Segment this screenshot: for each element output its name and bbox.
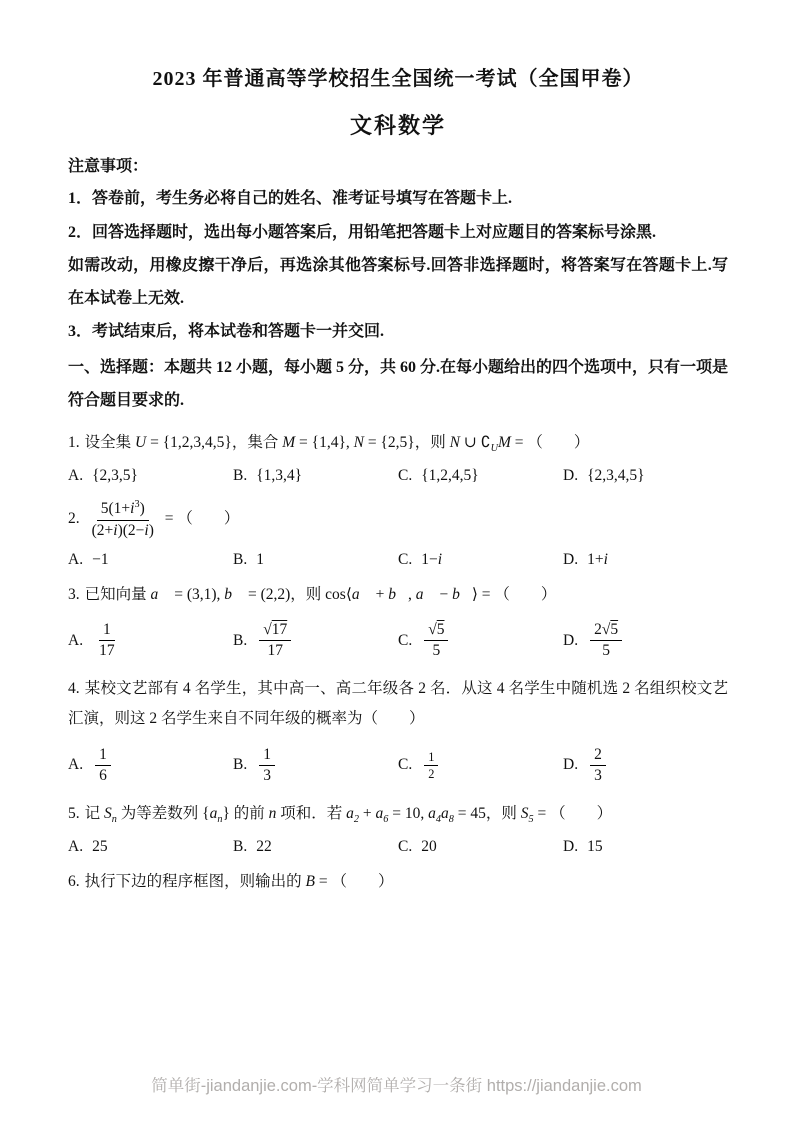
question-stem: 3.已知向量 a⃗ = (3,1), b⃗ = (2,2)，则 cos⟨a⃗ +… — [68, 580, 728, 610]
fraction-denominator: 17 — [95, 641, 119, 661]
notice-item-2-continued: 如需改动，用橡皮擦干净后，再选涂其他答案标号.回答非选择题时，将答案写在答题卡上… — [68, 249, 728, 316]
notice-item-1: 1．答卷前，考生务必将自己的姓名、准考证号填写在答题卡上. — [68, 182, 728, 215]
option-value: 25 — [92, 838, 108, 856]
math-subscript: n — [217, 814, 222, 825]
math-fraction: 23 — [590, 745, 606, 786]
math-subscript: 6 — [383, 814, 388, 825]
option-label: D. — [563, 467, 578, 485]
radicand: 5 — [610, 621, 618, 638]
math-variable: i — [604, 551, 608, 568]
option-value: 22 — [256, 838, 272, 856]
options-row: A.−1B.1C.1−iD.1+i — [68, 551, 728, 569]
option-A: A.16 — [68, 743, 233, 788]
fraction-denominator: 17 — [263, 641, 287, 661]
option-B: B.1 — [233, 551, 398, 569]
option-label: B. — [233, 551, 247, 569]
radicand: 5 — [437, 621, 445, 638]
section-heading: 一、选择题：本题共 12 小题，每小题 5 分，共 60 分.在每小题给出的四个… — [68, 351, 728, 418]
fraction-numerator: 2 — [590, 745, 606, 766]
option-label: B. — [233, 467, 247, 485]
option-A: A.−1 — [68, 551, 233, 569]
math-fraction: 12 — [424, 749, 438, 782]
question-5: 5.记 Sn 为等差数列 {an} 的前 n 项和．若 a2 + a6 = 10… — [68, 799, 728, 856]
options-row: A.16B.13C.12D.23 — [68, 743, 728, 788]
option-value: {1,2,4,5} — [421, 467, 479, 485]
question-number: 5. — [68, 805, 80, 822]
option-value: 23 — [587, 743, 609, 788]
option-value: 13 — [256, 743, 278, 788]
math-vector: a⃗ — [416, 586, 436, 603]
option-value: 2√55 — [587, 618, 625, 663]
fraction-denominator: (2+i)(2−i) — [88, 521, 158, 541]
math-fraction: 117 — [95, 620, 119, 661]
notice-item-2: 2．回答选择题时，选出每小题答案后，用铅笔把答题卡上对应题目的答案标号涂黑. — [68, 216, 728, 249]
math-variable: a — [441, 805, 449, 822]
math-radical: √5 — [428, 621, 444, 638]
options-row: A.{2,3,5}B.{1,3,4}C.{1,2,4,5}D.{2,3,4,5} — [68, 467, 728, 485]
option-value: 20 — [421, 838, 437, 856]
option-value: 117 — [92, 618, 122, 663]
math-fraction: 16 — [95, 745, 111, 786]
fraction-numerator: 5(1+i3) — [97, 498, 149, 520]
question-stem: 1.设全集 U = {1,2,3,4,5}，集合 M = {1,4}, N = … — [68, 428, 728, 459]
math-variable: S — [104, 805, 112, 822]
question-stem: 5.记 Sn 为等差数列 {an} 的前 n 项和．若 a2 + a6 = 10… — [68, 799, 728, 830]
math-variable: M — [498, 434, 511, 451]
option-A: A.25 — [68, 838, 233, 856]
notice-section: 注意事项： 1．答卷前，考生务必将自己的姓名、准考证号填写在答题卡上. 2．回答… — [68, 152, 728, 349]
option-A: A.117 — [68, 618, 233, 663]
math-fraction: √55 — [424, 620, 448, 661]
math-vector: a⃗ — [352, 586, 372, 603]
questions: 1.设全集 U = {1,2,3,4,5}，集合 M = {1,4}, N = … — [68, 428, 728, 897]
radicand: 17 — [272, 621, 288, 638]
math-fraction: 13 — [259, 745, 275, 786]
option-D: D.23 — [563, 743, 728, 788]
math-subscript: 2 — [354, 814, 359, 825]
fraction-numerator: 1 — [95, 745, 111, 766]
option-value: {1,3,4} — [256, 467, 302, 485]
math-variable: i — [113, 522, 117, 539]
option-C: C.20 — [398, 838, 563, 856]
option-label: D. — [563, 756, 578, 774]
math-variable: N — [450, 434, 460, 451]
exam-page: 2023 年普通高等学校招生全国统一考试（全国甲卷） 文科数学 注意事项： 1．… — [0, 0, 793, 1122]
math-variable: n — [269, 805, 277, 822]
options-row: A.117B.√1717C.√55D.2√55 — [68, 618, 728, 663]
option-D: D.{2,3,4,5} — [563, 467, 728, 485]
option-value: 1+i — [587, 551, 608, 569]
option-C: C.√55 — [398, 618, 563, 663]
option-B: B.√1717 — [233, 618, 398, 663]
question-number: 3. — [68, 586, 80, 603]
math-variable: N — [354, 434, 364, 451]
math-variable: a — [346, 805, 354, 822]
option-value: 15 — [587, 838, 603, 856]
option-B: B.{1,3,4} — [233, 467, 398, 485]
option-label: B. — [233, 838, 247, 856]
option-label: B. — [233, 756, 247, 774]
fraction-denominator: 5 — [598, 641, 614, 661]
fraction-denominator: 2 — [424, 766, 438, 782]
math-radical: √5 — [602, 621, 618, 638]
math-vector: b⃗ — [224, 586, 244, 603]
option-C: C.1−i — [398, 551, 563, 569]
option-D: D.15 — [563, 838, 728, 856]
math-fraction: 2√55 — [590, 620, 622, 661]
question-number: 4. — [68, 680, 80, 697]
radical-sign: √ — [428, 621, 437, 638]
option-label: A. — [68, 632, 83, 650]
option-C: C.12 — [398, 747, 563, 784]
footer-text: 简单街-jiandanjie.com-学科网简单学习一条街 https://ji… — [151, 1077, 642, 1095]
math-radical: √17 — [263, 621, 287, 638]
question-number: 1. — [68, 434, 80, 451]
option-label: B. — [233, 632, 247, 650]
question-number: 2. — [68, 510, 80, 527]
math-subscript: 5 — [528, 814, 533, 825]
option-value: 1−i — [421, 551, 442, 569]
option-B: B.22 — [233, 838, 398, 856]
exam-title: 2023 年普通高等学校招生全国统一考试（全国甲卷） — [68, 62, 728, 91]
fraction-denominator: 3 — [590, 766, 606, 786]
option-B: B.13 — [233, 743, 398, 788]
math-vector: b⃗ — [388, 586, 408, 603]
radical-sign: √ — [263, 621, 272, 638]
option-value: −1 — [92, 551, 109, 569]
option-label: C. — [398, 467, 412, 485]
math-vector: a⃗ — [151, 586, 171, 603]
math-superscript: 3 — [134, 499, 139, 510]
option-label: C. — [398, 838, 412, 856]
math-variable: i — [144, 522, 148, 539]
fraction-numerator: 1 — [424, 749, 438, 766]
fraction-numerator: √17 — [259, 620, 291, 641]
option-value: 1 — [256, 551, 264, 569]
option-label: D. — [563, 551, 578, 569]
fraction-denominator: 3 — [259, 766, 275, 786]
option-value: √1717 — [256, 618, 294, 663]
option-D: D.1+i — [563, 551, 728, 569]
option-A: A.{2,3,5} — [68, 467, 233, 485]
question-1: 1.设全集 U = {1,2,3,4,5}，集合 M = {1,4}, N = … — [68, 428, 728, 485]
question-4: 4.某校文艺部有 4 名学生，其中高一、高二年级各 2 名．从这 4 名学生中随… — [68, 674, 728, 788]
option-label: A. — [68, 467, 83, 485]
option-value: {2,3,5} — [92, 467, 138, 485]
fraction-numerator: 1 — [99, 620, 115, 641]
question-stem: 2.5(1+i3)(2+i)(2−i) = （ ） — [68, 496, 728, 542]
question-stem: 6.执行下边的程序框图，则输出的 B = （ ） — [68, 867, 728, 897]
page-content: 2023 年普通高等学校招生全国统一考试（全国甲卷） 文科数学 注意事项： 1．… — [68, 62, 728, 900]
option-label: C. — [398, 756, 412, 774]
exam-subject: 文科数学 — [68, 109, 728, 140]
math-subscript: 8 — [449, 814, 454, 825]
option-label: C. — [398, 632, 412, 650]
option-value: √55 — [421, 618, 451, 663]
fraction-numerator: √5 — [424, 620, 448, 641]
option-label: D. — [563, 838, 578, 856]
fraction-numerator: 1 — [259, 745, 275, 766]
question-3: 3.已知向量 a⃗ = (3,1), b⃗ = (2,2)，则 cos⟨a⃗ +… — [68, 580, 728, 664]
notice-item-3: 3．考试结束后，将本试卷和答题卡一并交回. — [68, 315, 728, 348]
fraction-denominator: 6 — [95, 766, 111, 786]
option-label: A. — [68, 551, 83, 569]
question-6: 6.执行下边的程序框图，则输出的 B = （ ） — [68, 867, 728, 897]
option-C: C.{1,2,4,5} — [398, 467, 563, 485]
math-variable: U — [135, 434, 146, 451]
math-vector: b⃗ — [452, 586, 472, 603]
option-label: C. — [398, 551, 412, 569]
math-subscript: n — [112, 814, 117, 825]
options-row: A.25B.22C.20D.15 — [68, 838, 728, 856]
math-variable: a — [428, 805, 436, 822]
fraction-denominator: 5 — [428, 641, 444, 661]
math-subscript: U — [491, 443, 498, 454]
option-value: {2,3,4,5} — [587, 467, 645, 485]
footer: 简单街-jiandanjie.com-学科网简单学习一条街 https://ji… — [0, 1072, 793, 1096]
math-variable: B — [306, 873, 315, 890]
math-fraction: 5(1+i3)(2+i)(2−i) — [88, 498, 158, 540]
option-D: D.2√55 — [563, 618, 728, 663]
option-label: D. — [563, 632, 578, 650]
option-label: A. — [68, 838, 83, 856]
fraction-numerator: 2√5 — [590, 620, 622, 641]
question-2: 2.5(1+i3)(2+i)(2−i) = （ ）A.−1B.1C.1−iD.1… — [68, 496, 728, 568]
option-label: A. — [68, 756, 83, 774]
math-variable: i — [438, 551, 442, 568]
question-number: 6. — [68, 873, 80, 890]
math-fraction: √1717 — [259, 620, 291, 661]
option-value: 12 — [421, 747, 441, 784]
math-variable: M — [282, 434, 295, 451]
notice-heading: 注意事项： — [68, 152, 728, 182]
question-stem: 4.某校文艺部有 4 名学生，其中高一、高二年级各 2 名．从这 4 名学生中随… — [68, 674, 728, 734]
option-value: 16 — [92, 743, 114, 788]
